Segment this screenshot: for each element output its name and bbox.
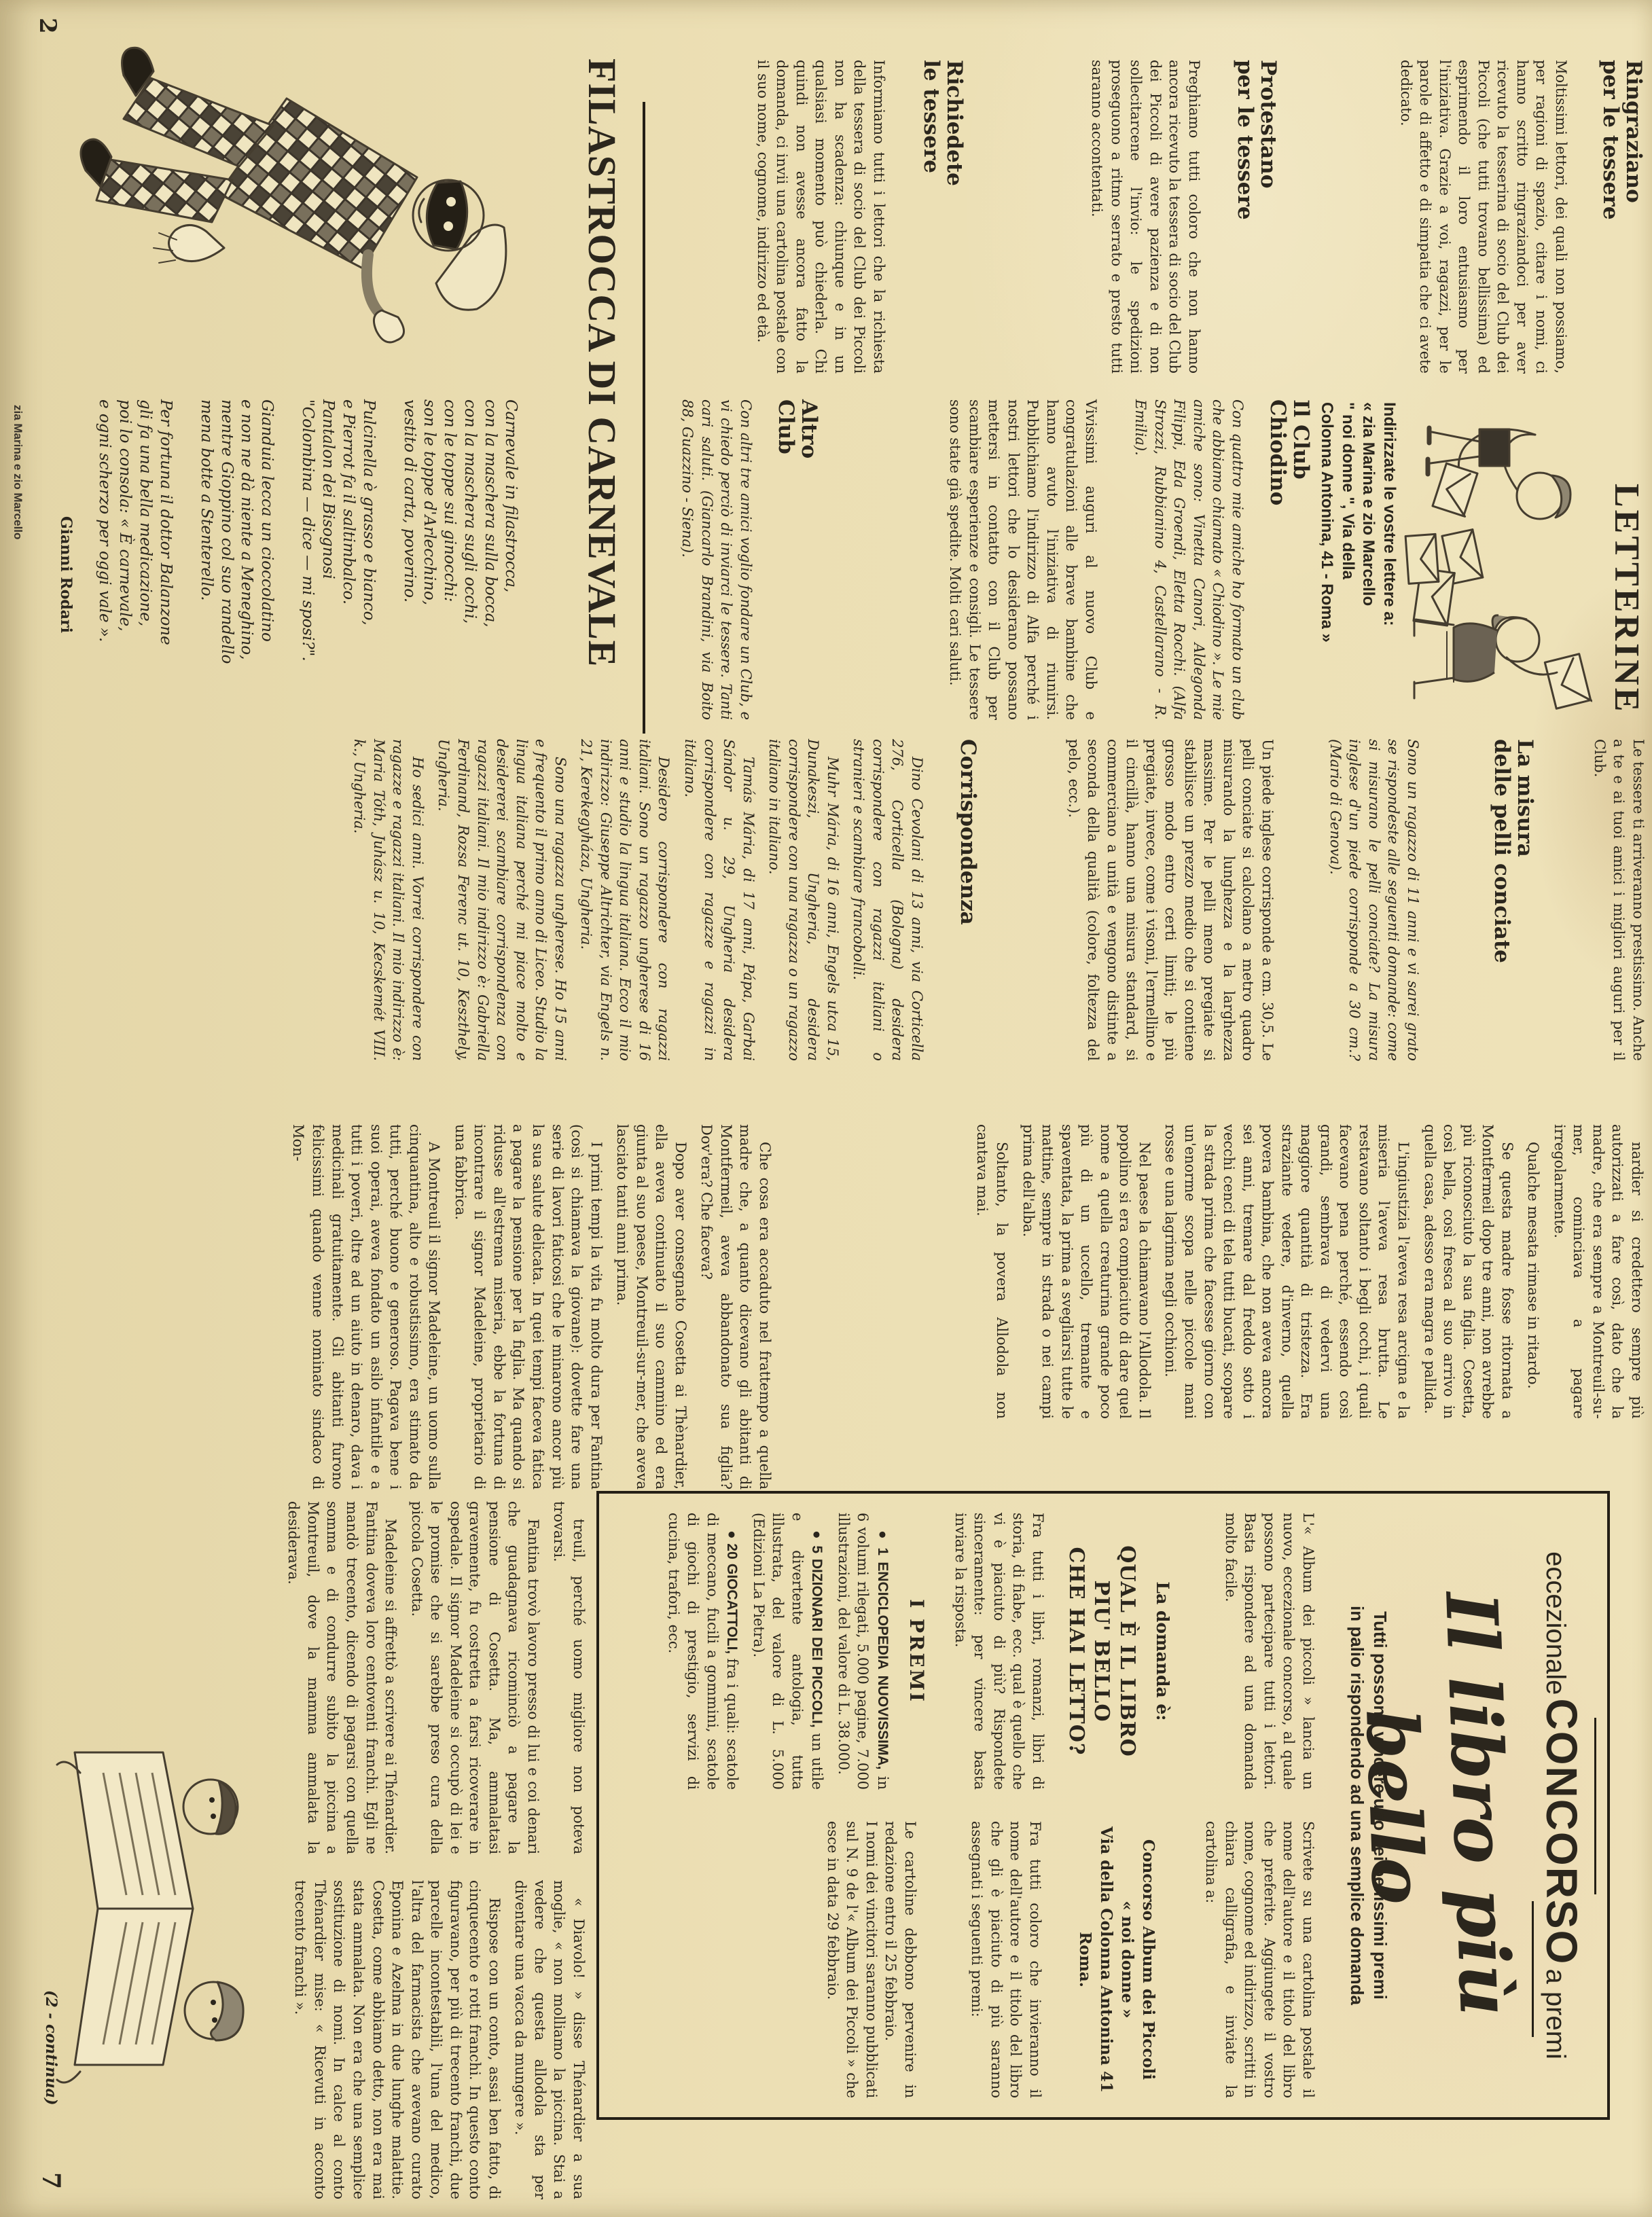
- concorso-domanda-label: La domanda è:: [1153, 1513, 1172, 1790]
- article-title-misura-pelli: La misura delle pelli conciate: [1490, 739, 1537, 1061]
- concorso-cartoline-info: Le cartoline debbono pervenire in redazi…: [823, 1821, 920, 2098]
- article-title-corrispondenza: Corrispondenza: [956, 739, 980, 1061]
- concorso-premi-list: ● 1 ENCICLOPEDIA NUOVISSIMA, in 6 volumi…: [657, 1513, 893, 1790]
- article-title-richiedete: Richiedete le tessere: [920, 60, 966, 372]
- article-title-altro-club: Altro Club: [774, 399, 821, 719]
- corrispondenza-entries: Dino Cevolani di 13 anni, via Corticella…: [343, 739, 927, 1061]
- story-column-d: « Diavolo! » disse Thénardier a sua mogl…: [284, 1880, 588, 2199]
- letterine-address: Indirizzate le vostre lettere a: « zia M…: [1316, 402, 1399, 721]
- reply-misura-pelli: Un piede inglese corrisponde a cm. 30,5.…: [1064, 739, 1277, 1061]
- boy-with-envelope-illustration: [1401, 394, 1604, 537]
- article-body-ringraziano: Moltissimi lettori, dei quali non possia…: [1396, 60, 1570, 374]
- article-title-ringraziano: Ringraziano per le tessere: [1599, 60, 1645, 372]
- concorso-question: QUAL È IL LIBRO PIU' BELLO CHE HAI LETTO…: [1064, 1513, 1141, 1790]
- section-rule: [643, 102, 645, 734]
- story-continua: (2 - continua): [42, 1990, 60, 2105]
- harlequin-illustration: [35, 24, 531, 384]
- page-number-right: 7: [37, 2172, 65, 2189]
- letterine-logo: LETTERINE: [1606, 484, 1647, 714]
- story-column-c: treuil, perché uomo migliore non poteva …: [277, 1501, 588, 1854]
- page-number-left: 2: [34, 18, 61, 34]
- decorative-rule-top: [1594, 1718, 1596, 1894]
- concorso-subtitle: Tutti possono vincere uno dei bellissimi…: [1345, 1494, 1391, 2117]
- article-body-protestano: Preghiamo tutti coloro che non hanno anc…: [1088, 60, 1204, 374]
- letter-club-chiodino: Con quattro mie amiche ho formato un clu…: [1131, 399, 1247, 720]
- concorso-kicker-tail: a premi: [1541, 1968, 1570, 2059]
- story-column-a: nardier si credettero sempre più autoriz…: [966, 1124, 1647, 1419]
- concorso-address: Concorso Album dei Piccoli « noi donne »…: [1075, 1821, 1159, 2098]
- filastrocca-title: FILASTROCCA DI CARNEVALE: [579, 58, 625, 738]
- filastrocca-poem: Carnevale in filastrocca, con la mascher…: [94, 399, 520, 739]
- letter-altro-club: Con altri tre amici voglio fondare un Cl…: [678, 399, 755, 720]
- reply-previous-letter: Le tessere ti arriveranno prestissimo. A…: [1590, 739, 1648, 1061]
- concorso-box: eccezionale CONCORSO a premi Il libro pi…: [596, 1491, 1610, 2120]
- decorative-rule-under-kicker: [1532, 1901, 1534, 2037]
- concorso-premi-kicker: Fra tutti coloro che invieranno il nome …: [967, 1821, 1045, 2098]
- girl-with-envelope-illustration: [1395, 592, 1592, 721]
- filastrocca-byline: Gianni Rodari: [57, 516, 75, 633]
- letter-misura-pelli: Sono un ragazzo di 11 anni e vi sarei gr…: [1325, 739, 1422, 1061]
- story-column-b: Che cosa era accaduto nel frattempo a qu…: [282, 1124, 774, 1490]
- concorso-kicker: eccezionale CONCORSO a premi: [1537, 1494, 1587, 2117]
- page-footer-caption: zia Marina e zio Marcello: [11, 405, 24, 539]
- scanned-magazine-page: Ringraziano per le tessere Moltissimi le…: [0, 0, 1652, 2217]
- article-title-club-chiodino: Il Club Chiodino: [1266, 399, 1312, 719]
- page-sheet: Ringraziano per le tessere Moltissimi le…: [0, 0, 1652, 2217]
- article-body-richiedete: Informiamo tutti i lettori che la richie…: [753, 60, 888, 374]
- reply-club-chiodino: Vivissimi auguri al nuovo Club e congrat…: [946, 399, 1100, 720]
- concorso-kicker-big: CONCORSO: [1537, 1698, 1586, 1965]
- concorso-fra-tutti: Fra tutti i libri, romanzi, libri di sto…: [950, 1513, 1047, 1790]
- article-title-protestano: Protestano per le tessere: [1234, 60, 1280, 372]
- concorso-kicker-small: eccezionale: [1541, 1551, 1570, 1695]
- concorso-scrivete: Scrivete su una cartolina postale il nom…: [1202, 1821, 1318, 2098]
- children-reading-book-illustration: [48, 1691, 258, 2126]
- concorso-intro: L'« Album dei piccoli » lancia un nuovo,…: [1221, 1513, 1318, 1790]
- concorso-premi-title: I PREMI: [905, 1513, 928, 1790]
